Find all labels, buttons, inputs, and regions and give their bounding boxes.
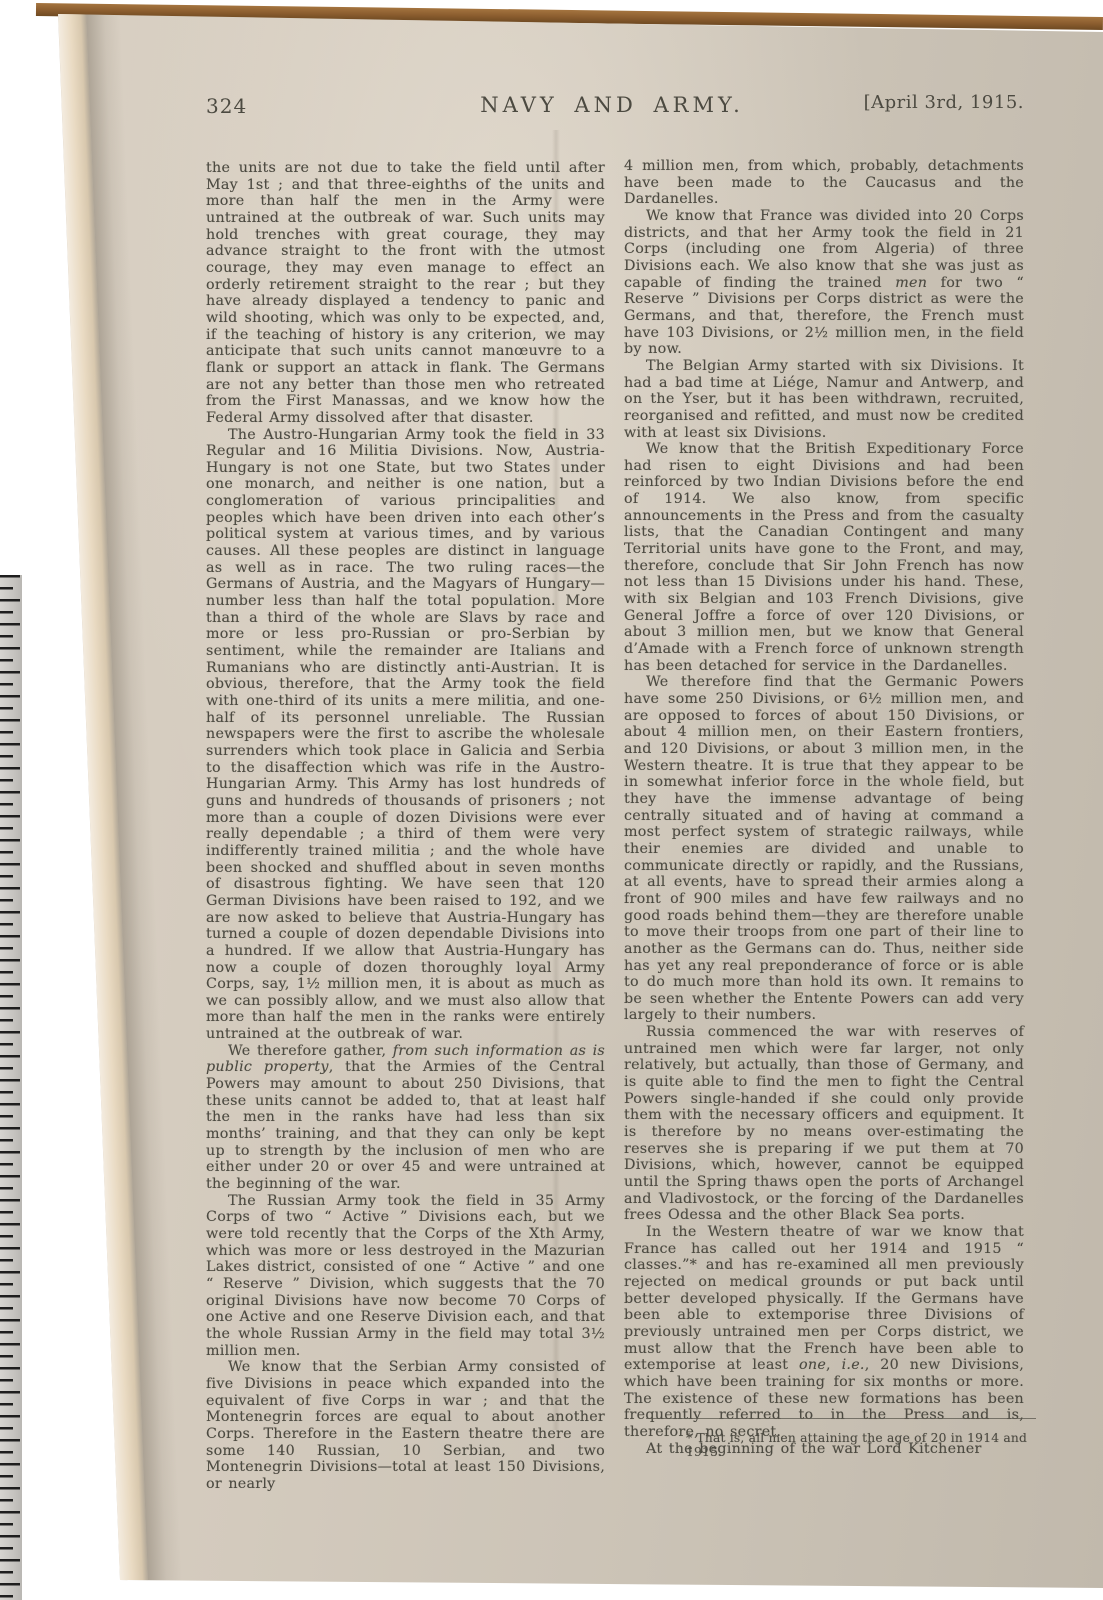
text-run: We know that the Serbian Army consisted … bbox=[206, 1359, 605, 1492]
text-column-left: the units are not due to take the field … bbox=[206, 160, 605, 1493]
text-run: , that the Armies of the Central Powers … bbox=[206, 1059, 605, 1192]
paragraph: Russia commenced the war with reserves o… bbox=[624, 1024, 1024, 1224]
paragraph: We know that the British Expeditionary F… bbox=[624, 441, 1024, 674]
text-run: The Belgian Army started with six Divisi… bbox=[624, 358, 1024, 441]
page-number: 324 bbox=[206, 94, 247, 118]
paragraph: The Russian Army took the field in 35 Ar… bbox=[206, 1193, 605, 1360]
text-run: The Russian Army took the field in 35 Ar… bbox=[206, 1193, 605, 1359]
issue-date: [April 3rd, 1915. bbox=[824, 92, 1024, 113]
paragraph: the units are not due to take the field … bbox=[206, 160, 605, 427]
footnote-rule bbox=[646, 1418, 1036, 1419]
scanned-magazine-page: { "scan": { "colors": { "paper": "#cfc7b… bbox=[0, 0, 1103, 1600]
text-run: 4 million men, from which, probably, det… bbox=[624, 158, 1024, 207]
footnote-text: * That is, all men attaining the age of … bbox=[686, 1431, 1038, 1459]
ruler-tick-marks-short bbox=[0, 587, 13, 1600]
text-run: Russia commenced the war with reserves o… bbox=[624, 1024, 1024, 1223]
paragraph: The Austro-Hungarian Army took the field… bbox=[206, 427, 605, 1043]
italic-text-run: one bbox=[799, 1357, 826, 1373]
paragraph: 4 million men, from which, probably, det… bbox=[624, 158, 1024, 208]
text-run: We therefore find that the Germanic Powe… bbox=[624, 674, 1024, 1023]
measuring-ruler bbox=[0, 575, 22, 1600]
paper-page: 324 NAVY AND ARMY. [April 3rd, 1915. the… bbox=[58, 10, 1103, 1588]
text-run: The Austro-Hungarian Army took the field… bbox=[206, 427, 605, 1043]
text-run: We therefore gather, bbox=[228, 1043, 393, 1059]
text-run: In the Western theatre of war we know th… bbox=[624, 1224, 1024, 1373]
text-run: the units are not due to take the field … bbox=[206, 160, 605, 426]
paragraph: We know that France was divided into 20 … bbox=[624, 208, 1024, 358]
paragraph: In the Western theatre of war we know th… bbox=[624, 1224, 1024, 1441]
paragraph: We therefore gather, from such informati… bbox=[206, 1043, 605, 1193]
text-run: , bbox=[826, 1357, 842, 1373]
italic-text-run: i.e. bbox=[842, 1357, 865, 1373]
paragraph: The Belgian Army started with six Divisi… bbox=[624, 358, 1024, 441]
masthead-title: NAVY AND ARMY. bbox=[462, 93, 762, 117]
paragraph: We know that the Serbian Army consisted … bbox=[206, 1359, 605, 1492]
paragraph: We therefore find that the Germanic Powe… bbox=[624, 674, 1024, 1024]
text-column-right: 4 million men, from which, probably, det… bbox=[624, 158, 1024, 1457]
italic-text-run: men bbox=[895, 275, 927, 291]
text-run: We know that the British Expeditionary F… bbox=[624, 441, 1024, 674]
